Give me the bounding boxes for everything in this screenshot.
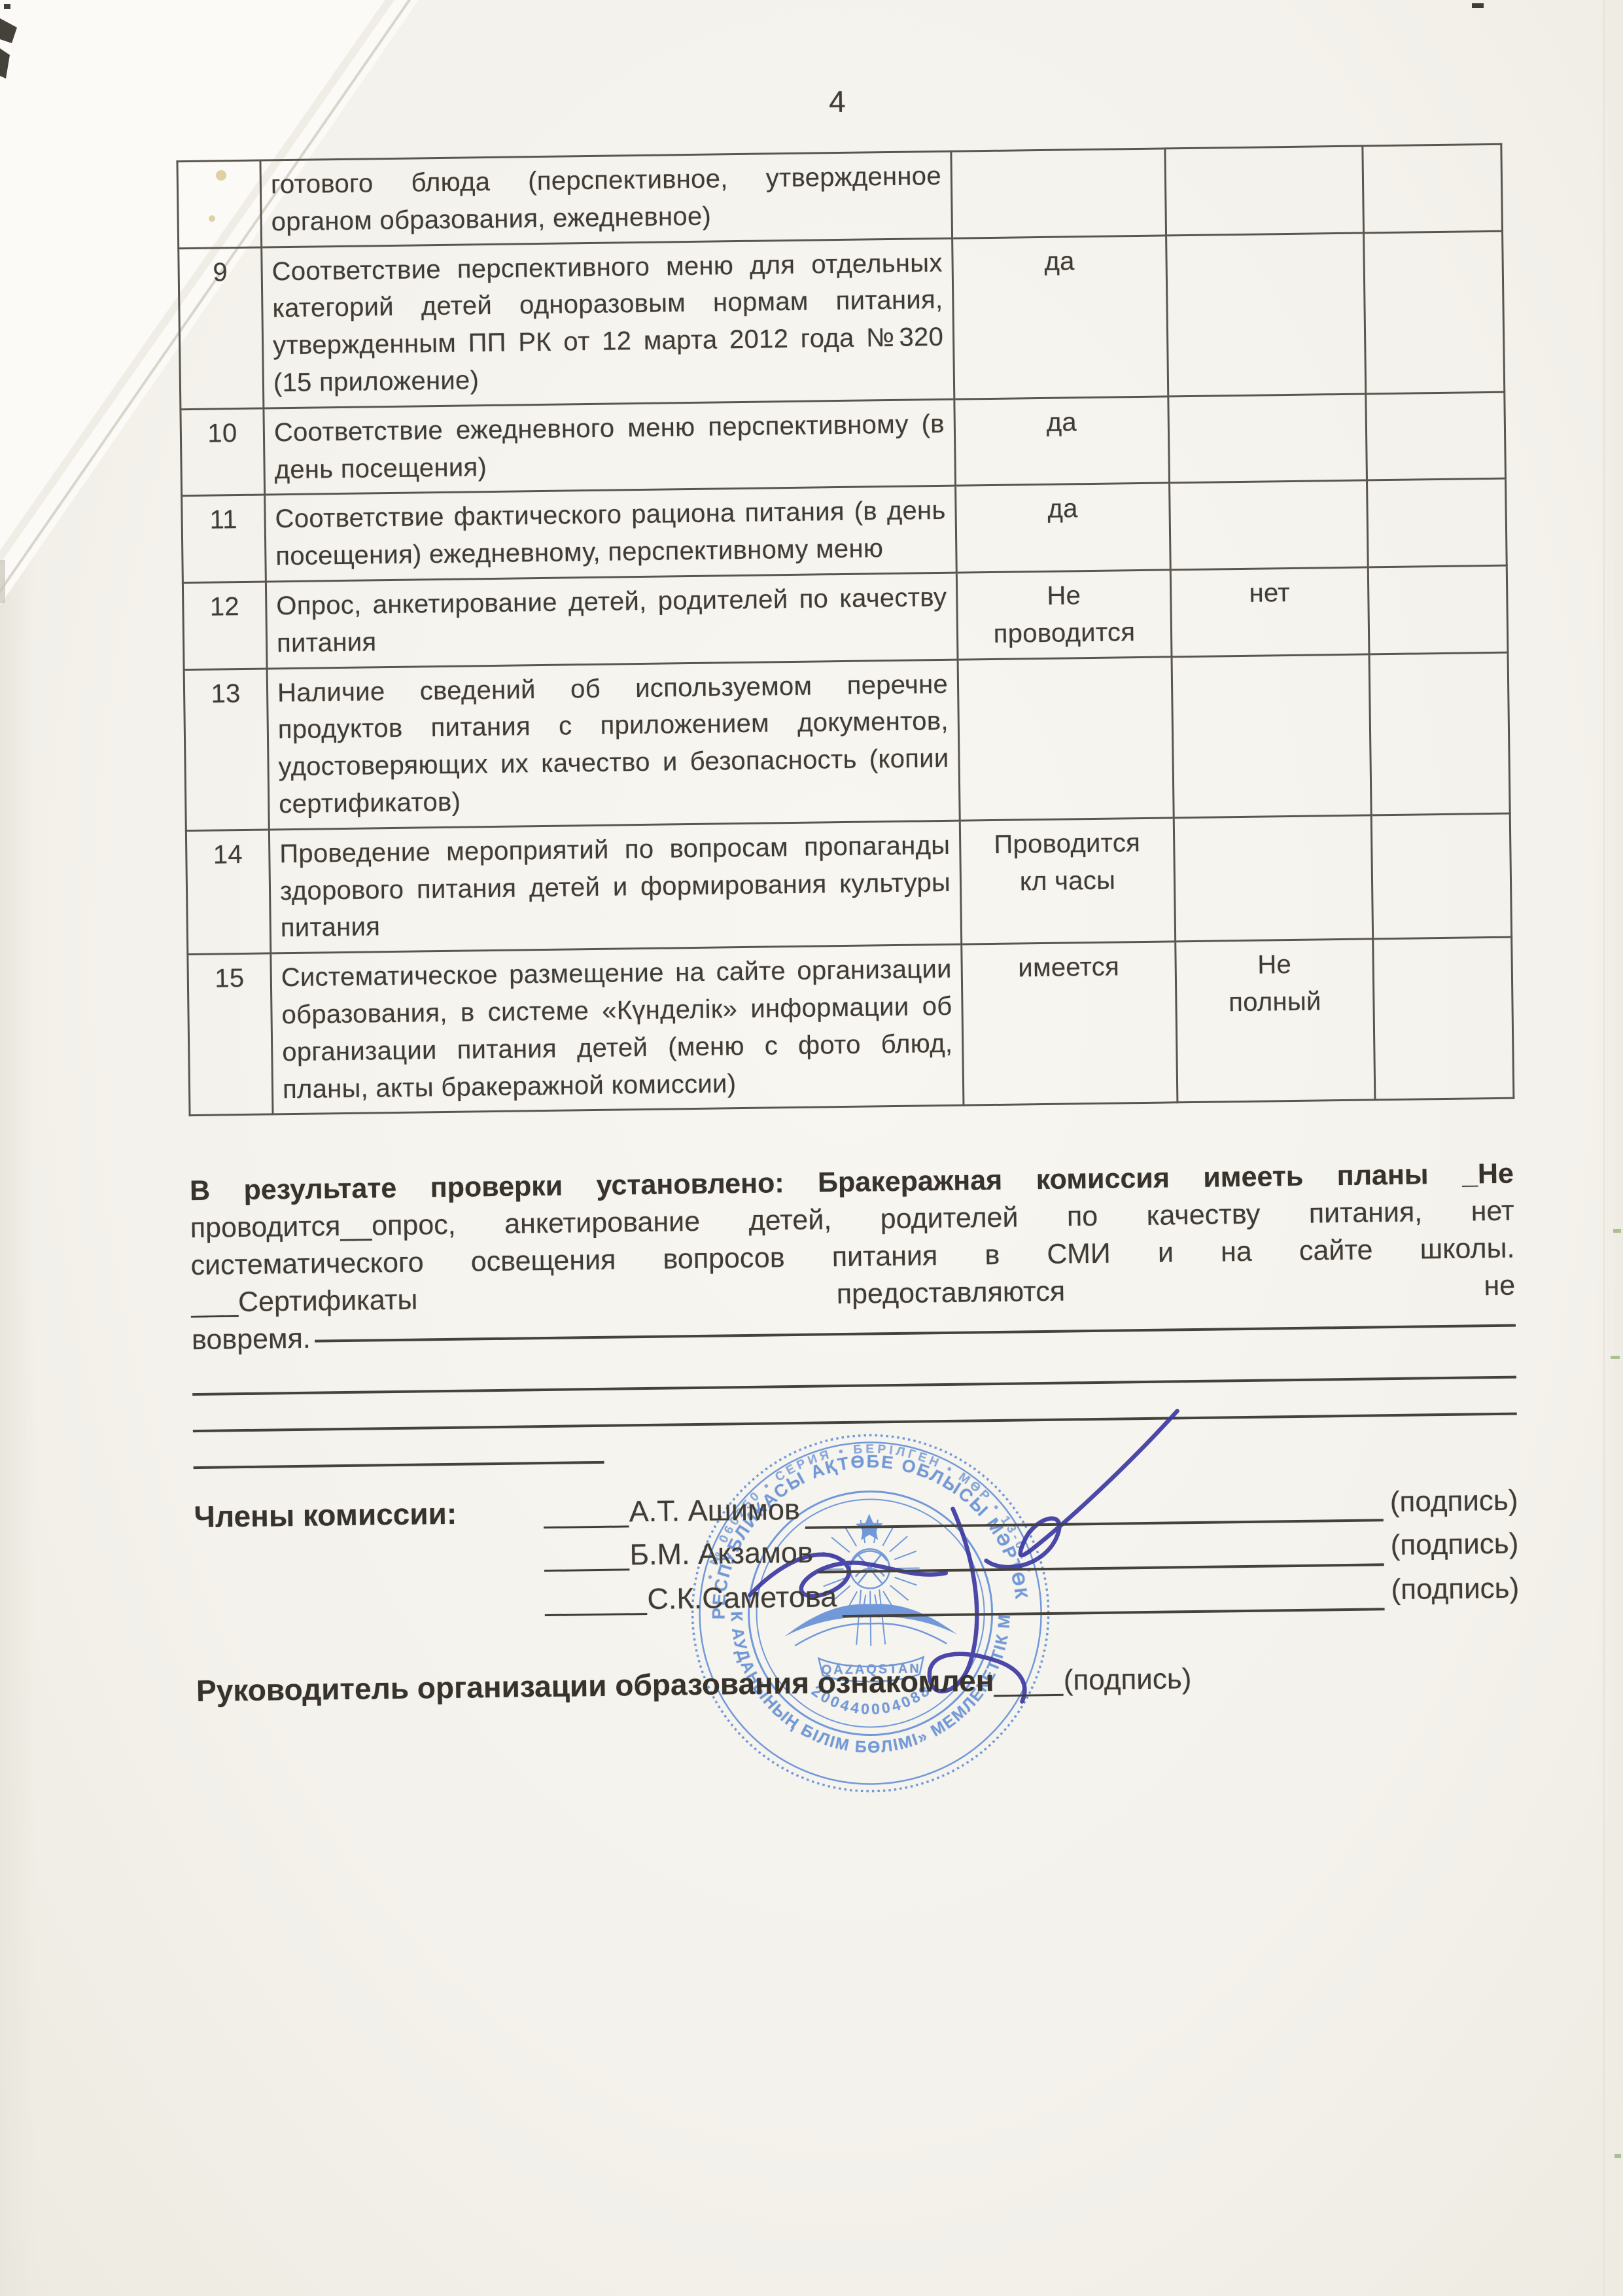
signature-caption: (подпись) xyxy=(1389,1485,1518,1519)
commission-label xyxy=(195,1566,545,1570)
head-ack-underscores: ____ xyxy=(994,1663,1064,1697)
fill-in-line xyxy=(315,1324,1516,1343)
result-cell: да xyxy=(956,483,1171,573)
item-text-cell: Соответствие перспективного меню для отд… xyxy=(262,238,954,408)
table-row: 12Опрос, анкетирование детей, родителей … xyxy=(183,565,1508,669)
scanned-document-page: { "page": { "number": "4" }, "table": { … xyxy=(0,0,1623,2296)
table-row: 9Соответствие перспективного меню для от… xyxy=(179,231,1505,410)
inspection-table: готового блюда (перспективное, утвержден… xyxy=(176,143,1514,1117)
commission-label: Члены комиссии: xyxy=(194,1494,544,1534)
extra-cell xyxy=(1373,937,1514,1100)
row-number-cell: 9 xyxy=(179,247,264,410)
signature-caption: (подпись) xyxy=(1390,1528,1518,1563)
row-number-cell: 14 xyxy=(186,830,270,955)
signature-underscore-prefix: ______ xyxy=(545,1582,648,1617)
extra-cell xyxy=(1368,565,1508,654)
table-row: 11Соответствие фактического рациона пита… xyxy=(182,479,1507,583)
item-text-cell: Наличие сведений об используемом перечне… xyxy=(267,660,960,830)
table-row: 10Соответствие ежедневного меню перспект… xyxy=(181,392,1506,496)
table-row: готового блюда (перспективное, утвержден… xyxy=(177,144,1503,248)
signature-caption: (подпись) xyxy=(1391,1572,1519,1607)
page-number: 4 xyxy=(175,75,1500,128)
row-number-cell: 11 xyxy=(182,495,266,582)
signature-underscore-prefix: _____ xyxy=(544,1495,629,1530)
note-cell: Не полный xyxy=(1176,939,1375,1103)
head-ack-signature-label: (подпись) xyxy=(1063,1663,1191,1697)
signature-line xyxy=(843,1608,1385,1618)
signature-line xyxy=(818,1564,1384,1574)
signature-underscore-prefix: _____ xyxy=(544,1538,630,1574)
item-text-cell: готового блюда (перспективное, утвержден… xyxy=(260,151,952,247)
row-number-cell: 13 xyxy=(184,669,269,831)
result-cell: да xyxy=(954,397,1170,486)
note-cell xyxy=(1174,815,1372,942)
commission-label xyxy=(196,1610,546,1615)
doc-table-body: готового блюда (перспективное, утвержден… xyxy=(177,144,1514,1116)
member-name: С.К.Саметова xyxy=(647,1580,839,1616)
note-cell xyxy=(1168,394,1367,484)
extra-cell xyxy=(1367,479,1507,567)
extra-cell xyxy=(1363,144,1503,232)
document-content: 4 готового блюда (перспективное, утвержд… xyxy=(175,75,1520,1709)
row-number-cell xyxy=(177,160,262,248)
signature-area: • № 060250 • СЕРИЯ • БЕРІЛГЕН • МӨР • 13… xyxy=(194,1482,1520,1708)
conclusion-paragraph: В результате проверки установлено: Браке… xyxy=(190,1156,1516,1359)
commission-list: Члены комиссии:_____А.Т. Ашимов(подпись)… xyxy=(194,1482,1519,1633)
note-cell xyxy=(1170,480,1369,570)
item-text-cell: Соответствие фактического рациона питани… xyxy=(265,486,957,582)
extra-cell xyxy=(1369,652,1510,815)
member-name: Б.М. Акзамов xyxy=(629,1536,816,1572)
conclusion-line-text: вовремя. xyxy=(192,1320,311,1359)
row-number-cell: 10 xyxy=(181,408,265,496)
blank-fill-line-short xyxy=(194,1461,604,1469)
note-cell: нет xyxy=(1170,567,1369,657)
note-cell xyxy=(1166,233,1366,397)
result-cell: имеется xyxy=(962,942,1178,1105)
note-cell xyxy=(1165,146,1364,236)
extra-cell xyxy=(1371,813,1511,939)
item-text-cell: Проведение мероприятий по вопросам пропа… xyxy=(269,821,961,953)
table-row: 15Систематическое размещение на сайте ор… xyxy=(188,937,1514,1116)
extra-cell xyxy=(1364,231,1505,394)
table-row: 13Наличие сведений об используемом переч… xyxy=(184,652,1510,831)
item-text-cell: Опрос, анкетирование детей, родителей по… xyxy=(266,573,958,668)
result-cell: Не проводится xyxy=(956,570,1172,660)
result-cell xyxy=(951,149,1166,238)
row-number-cell: 12 xyxy=(183,582,267,669)
item-text-cell: Систематическое размещение на сайте орга… xyxy=(271,944,964,1114)
result-cell: Проводится кл часы xyxy=(960,818,1175,945)
result-cell xyxy=(958,656,1174,820)
note-cell xyxy=(1172,654,1371,817)
member-name: А.Т. Ашимов xyxy=(629,1492,803,1528)
item-text-cell: Соответствие ежедневного меню перспектив… xyxy=(264,399,956,495)
result-cell: да xyxy=(952,236,1168,399)
signature-line xyxy=(805,1519,1384,1530)
extra-cell xyxy=(1366,392,1506,480)
row-number-cell: 15 xyxy=(188,953,273,1116)
table-row: 14Проведение мероприятий по вопросам про… xyxy=(186,813,1511,955)
